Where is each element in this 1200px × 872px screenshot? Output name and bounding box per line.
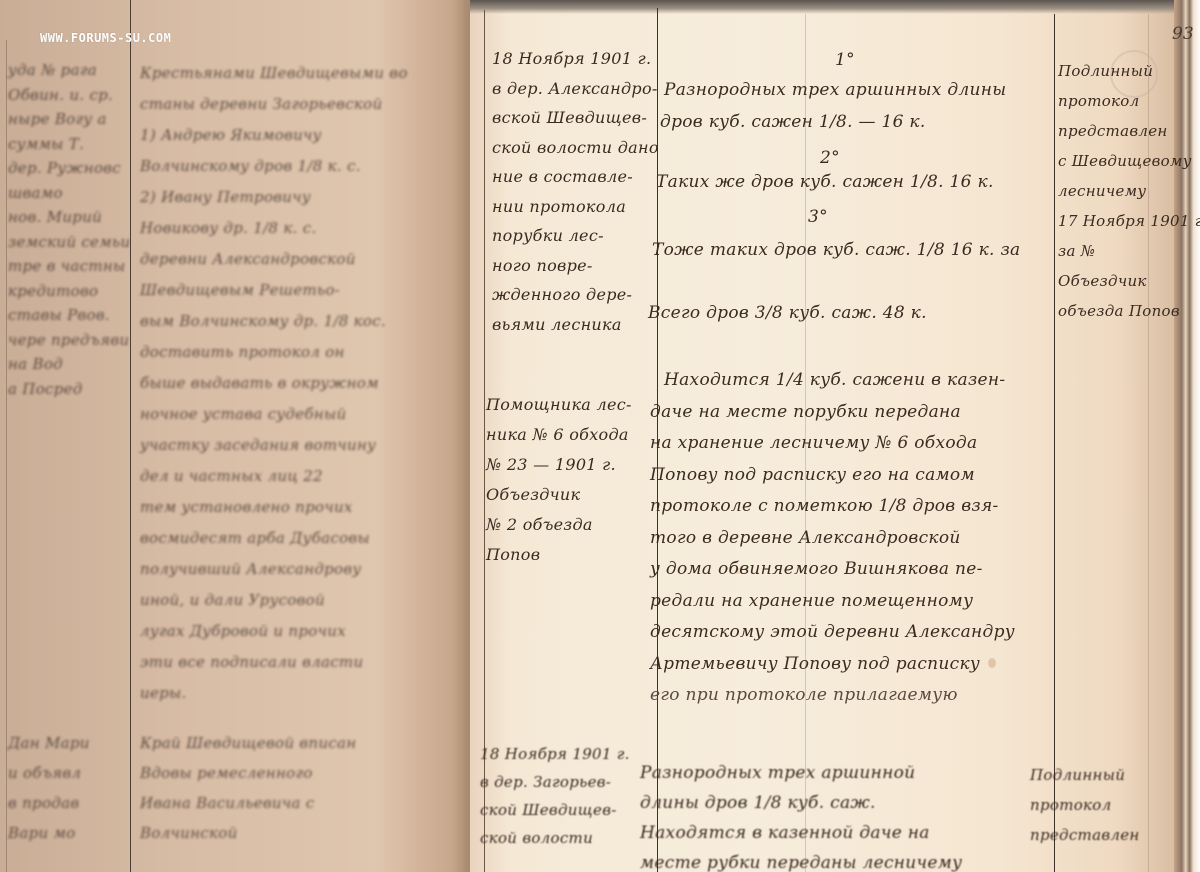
entry1-notes: Подлинный протокол представлен с Шевдище… — [1058, 56, 1200, 326]
item-number-1: 1° — [835, 50, 855, 70]
left-page: уда № рага Обвин. и. ср. ныре Вогу а сум… — [0, 0, 470, 872]
page-top-shadow — [470, 0, 1200, 14]
left-bottom-col2-text: Край Шевдищевой вписан Вдовы ремесленног… — [140, 728, 356, 848]
entry1-body-line: дров куб. сажен 1/8. — 16 к. — [660, 112, 926, 132]
left-col1-text: уда № рага Обвин. и. ср. ныре Вогу а сум… — [8, 58, 130, 401]
page-number: 93 — [1172, 24, 1194, 44]
entry1-reference: Помощника лес- ника № 6 обхода № 23 — 19… — [486, 390, 632, 570]
left-bottom-col1-text: Дан Мари и объявл в продав Вари мо — [8, 728, 90, 848]
entry1-body-line: Тоже таких дров куб. саж. 1/8 16 к. за — [652, 240, 1020, 260]
entry2-notes: Подлинный протокол представлен — [1030, 760, 1140, 850]
entry1-body-line: Таких же дров куб. сажен 1/8. 16 к. — [656, 172, 994, 192]
item-number-2: 2° — [820, 148, 840, 168]
item-number-3: 3° — [808, 207, 828, 227]
entry1-body-line: Всего дров 3/8 куб. саж. 48 к. — [648, 303, 927, 323]
left-col0-rule — [6, 40, 7, 872]
entry2-body: Разнородных трех аршинной длины дров 1/8… — [640, 758, 962, 872]
entry2-date-place: 18 Ноября 1901 г. в дер. Загорьев- ской … — [480, 740, 630, 852]
entry1-date-place: 18 Ноября 1901 г. в дер. Александро- вск… — [492, 44, 659, 339]
entry1-body-line: Разнородных трех аршинных длины — [664, 80, 1006, 100]
ledger-spread: уда № рага Обвин. и. ср. ныре Вогу а сум… — [0, 0, 1200, 872]
left-col2-text: Крестьянами Шевдищевыми во станы деревни… — [140, 58, 408, 709]
right-note-column-rule — [1054, 14, 1055, 872]
entry1-body-paragraph: Находится 1/4 куб. сажени в казен- даче … — [650, 365, 1015, 712]
watermark-text: WWW.FORUMS-SU.COM — [40, 31, 171, 45]
